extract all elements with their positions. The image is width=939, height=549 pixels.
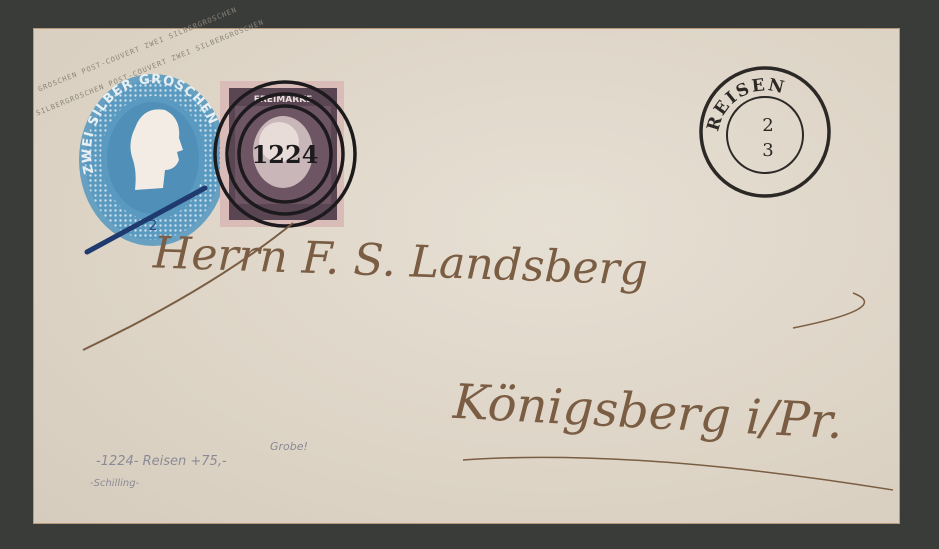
address-flourish [33,28,900,524]
pencil-note-currency: -Schilling- [90,478,139,489]
pencil-note-annotation: Grobe! [270,440,308,453]
envelope: GROSCHEN POST-COUVERT ZWEI SILBERGROSCHE… [33,28,900,524]
pencil-note-catalog: -1224- Reisen +75,- [96,454,227,469]
